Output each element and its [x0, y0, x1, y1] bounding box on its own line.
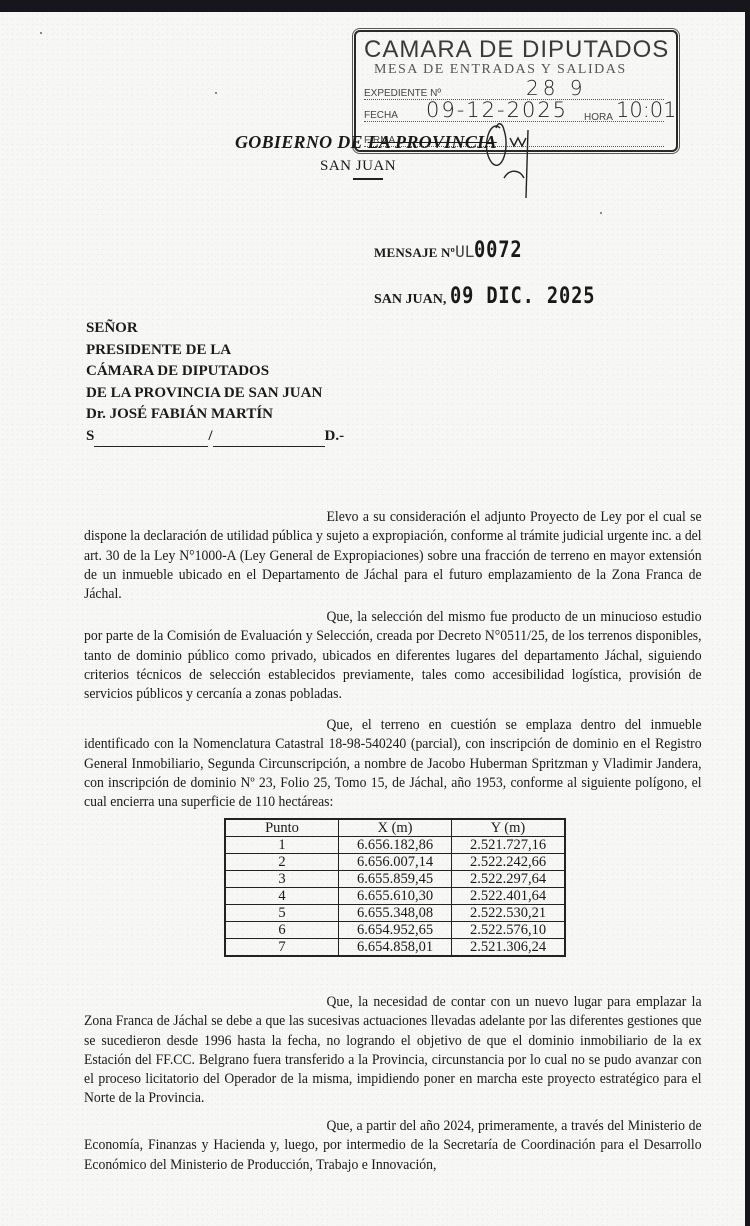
place-label: SAN JUAN, [374, 292, 446, 307]
table-cell: 2.522.401,64 [452, 888, 566, 905]
message-label: MENSAJE Nº [374, 245, 455, 260]
stamp-subtitle: MESA DE ENTRADAS Y SALIDAS [374, 62, 627, 78]
table-cell: 4 [225, 888, 339, 905]
table-cell: 6.654.952,65 [339, 922, 452, 939]
table-cell: 2.522.242,66 [452, 854, 566, 871]
table-cell: 6.656.182,86 [339, 837, 452, 854]
table-cell: 6.654.858,01 [339, 939, 452, 957]
table-cell: 6.655.348,08 [339, 905, 452, 922]
stamp-hora-value: 10:01 [616, 98, 677, 122]
table-row: 66.654.952,652.522.576,10 [225, 922, 565, 939]
table-cell: 7 [225, 939, 339, 957]
table-row: 76.654.858,012.521.306,24 [225, 939, 565, 957]
table-row: 16.656.182,862.521.727,16 [225, 837, 565, 854]
paragraph-text: Que, la necesidad de contar con un nuevo… [84, 994, 702, 1106]
table-header: Y (m) [452, 819, 566, 837]
table-cell: 5 [225, 905, 339, 922]
sd-start: S [86, 426, 94, 448]
addressee-line: SEÑOR [86, 318, 344, 340]
body-paragraph: Que, la selección del mismo fue producto… [84, 608, 702, 704]
table-header: Punto [225, 819, 339, 837]
scan-speck [40, 32, 42, 34]
table-header-row: Punto X (m) Y (m) [225, 819, 565, 837]
body-paragraph: Que, la necesidad de contar con un nuevo… [84, 993, 702, 1109]
paragraph-text: Que, a partir del año 2024, primeramente… [84, 1118, 702, 1173]
addressee-line: PRESIDENTE DE LA [86, 340, 344, 362]
table-cell: 2.521.727,16 [452, 837, 566, 854]
message-date: SAN JUAN, 09 DIC. 2025 [374, 284, 621, 309]
government-header: GOBIERNO DE LA PROVINCIA [235, 132, 497, 153]
header-rule [353, 178, 383, 180]
addressee-line: DE LA PROVINCIA DE SAN JUAN [86, 383, 344, 405]
table-cell: 6 [225, 922, 339, 939]
table-cell: 6.656.007,14 [339, 854, 452, 871]
document-page: CAMARA DE DIPUTADOS MESA DE ENTRADAS Y S… [0, 12, 745, 1226]
message-prefix: UL [455, 242, 474, 261]
sd-blank-1 [94, 431, 208, 447]
scan-speck [600, 212, 602, 214]
table-cell: 2.522.297,64 [452, 871, 566, 888]
table-cell: 6.655.859,45 [339, 871, 452, 888]
addressee-line: CÁMARA DE DIPUTADOS [86, 361, 344, 383]
table-cell: 2.522.576,10 [452, 922, 566, 939]
signature-icon [470, 108, 560, 198]
sd-end: D.- [325, 426, 345, 448]
table-row: 46.655.610,302.522.401,64 [225, 888, 565, 905]
table-row: 26.656.007,142.522.242,66 [225, 854, 565, 871]
table-cell: 2.522.530,21 [452, 905, 566, 922]
sd-blank-2 [213, 431, 325, 447]
table-cell: 3 [225, 871, 339, 888]
stamp-fecha-label: FECHA [364, 110, 398, 121]
body-paragraph: Elevo a su consideración el adjunto Proy… [84, 508, 702, 604]
paragraph-text: Que, la selección del mismo fue producto… [84, 609, 702, 702]
message-number: MENSAJE NºUL0072 [374, 238, 531, 263]
paragraph-text: Elevo a su consideración el adjunto Proy… [84, 509, 702, 602]
scan-speck [215, 92, 217, 94]
table-cell: 2.521.306,24 [452, 939, 566, 957]
paragraph-text: Que, el terreno en cuestión se emplaza d… [84, 717, 702, 810]
message-number-value: 0072 [474, 238, 522, 263]
table-cell: 6.655.610,30 [339, 888, 452, 905]
sd-line: S/D.- [86, 426, 344, 448]
government-prefix: GOBIERNO DE [235, 132, 368, 152]
government-struck-text: LA PROVINCIA [368, 132, 497, 152]
table-row: 56.655.348,082.522.530,21 [225, 905, 565, 922]
table-row: 36.655.859,452.522.297,64 [225, 871, 565, 888]
addressee-block: SEÑOR PRESIDENTE DE LA CÁMARA DE DIPUTAD… [86, 318, 344, 447]
scan-edge [745, 0, 750, 1226]
province-name: SAN JUAN [320, 158, 396, 175]
stamp-title: CAMARA DE DIPUTADOS [364, 36, 669, 64]
polygon-coordinates-table: Punto X (m) Y (m) 16.656.182,862.521.727… [224, 818, 566, 957]
body-paragraph: Que, el terreno en cuestión se emplaza d… [84, 716, 702, 812]
message-date-value: 09 DIC. 2025 [450, 284, 595, 309]
stamp-hora-label: HORA [584, 112, 613, 123]
addressee-line: Dr. JOSÉ FABIÁN MARTÍN [86, 404, 344, 426]
table-cell: 1 [225, 837, 339, 854]
table-cell: 2 [225, 854, 339, 871]
table-header: X (m) [339, 819, 452, 837]
stamp-expediente-value: 28 9 [526, 76, 587, 100]
body-paragraph: Que, a partir del año 2024, primeramente… [84, 1117, 702, 1175]
